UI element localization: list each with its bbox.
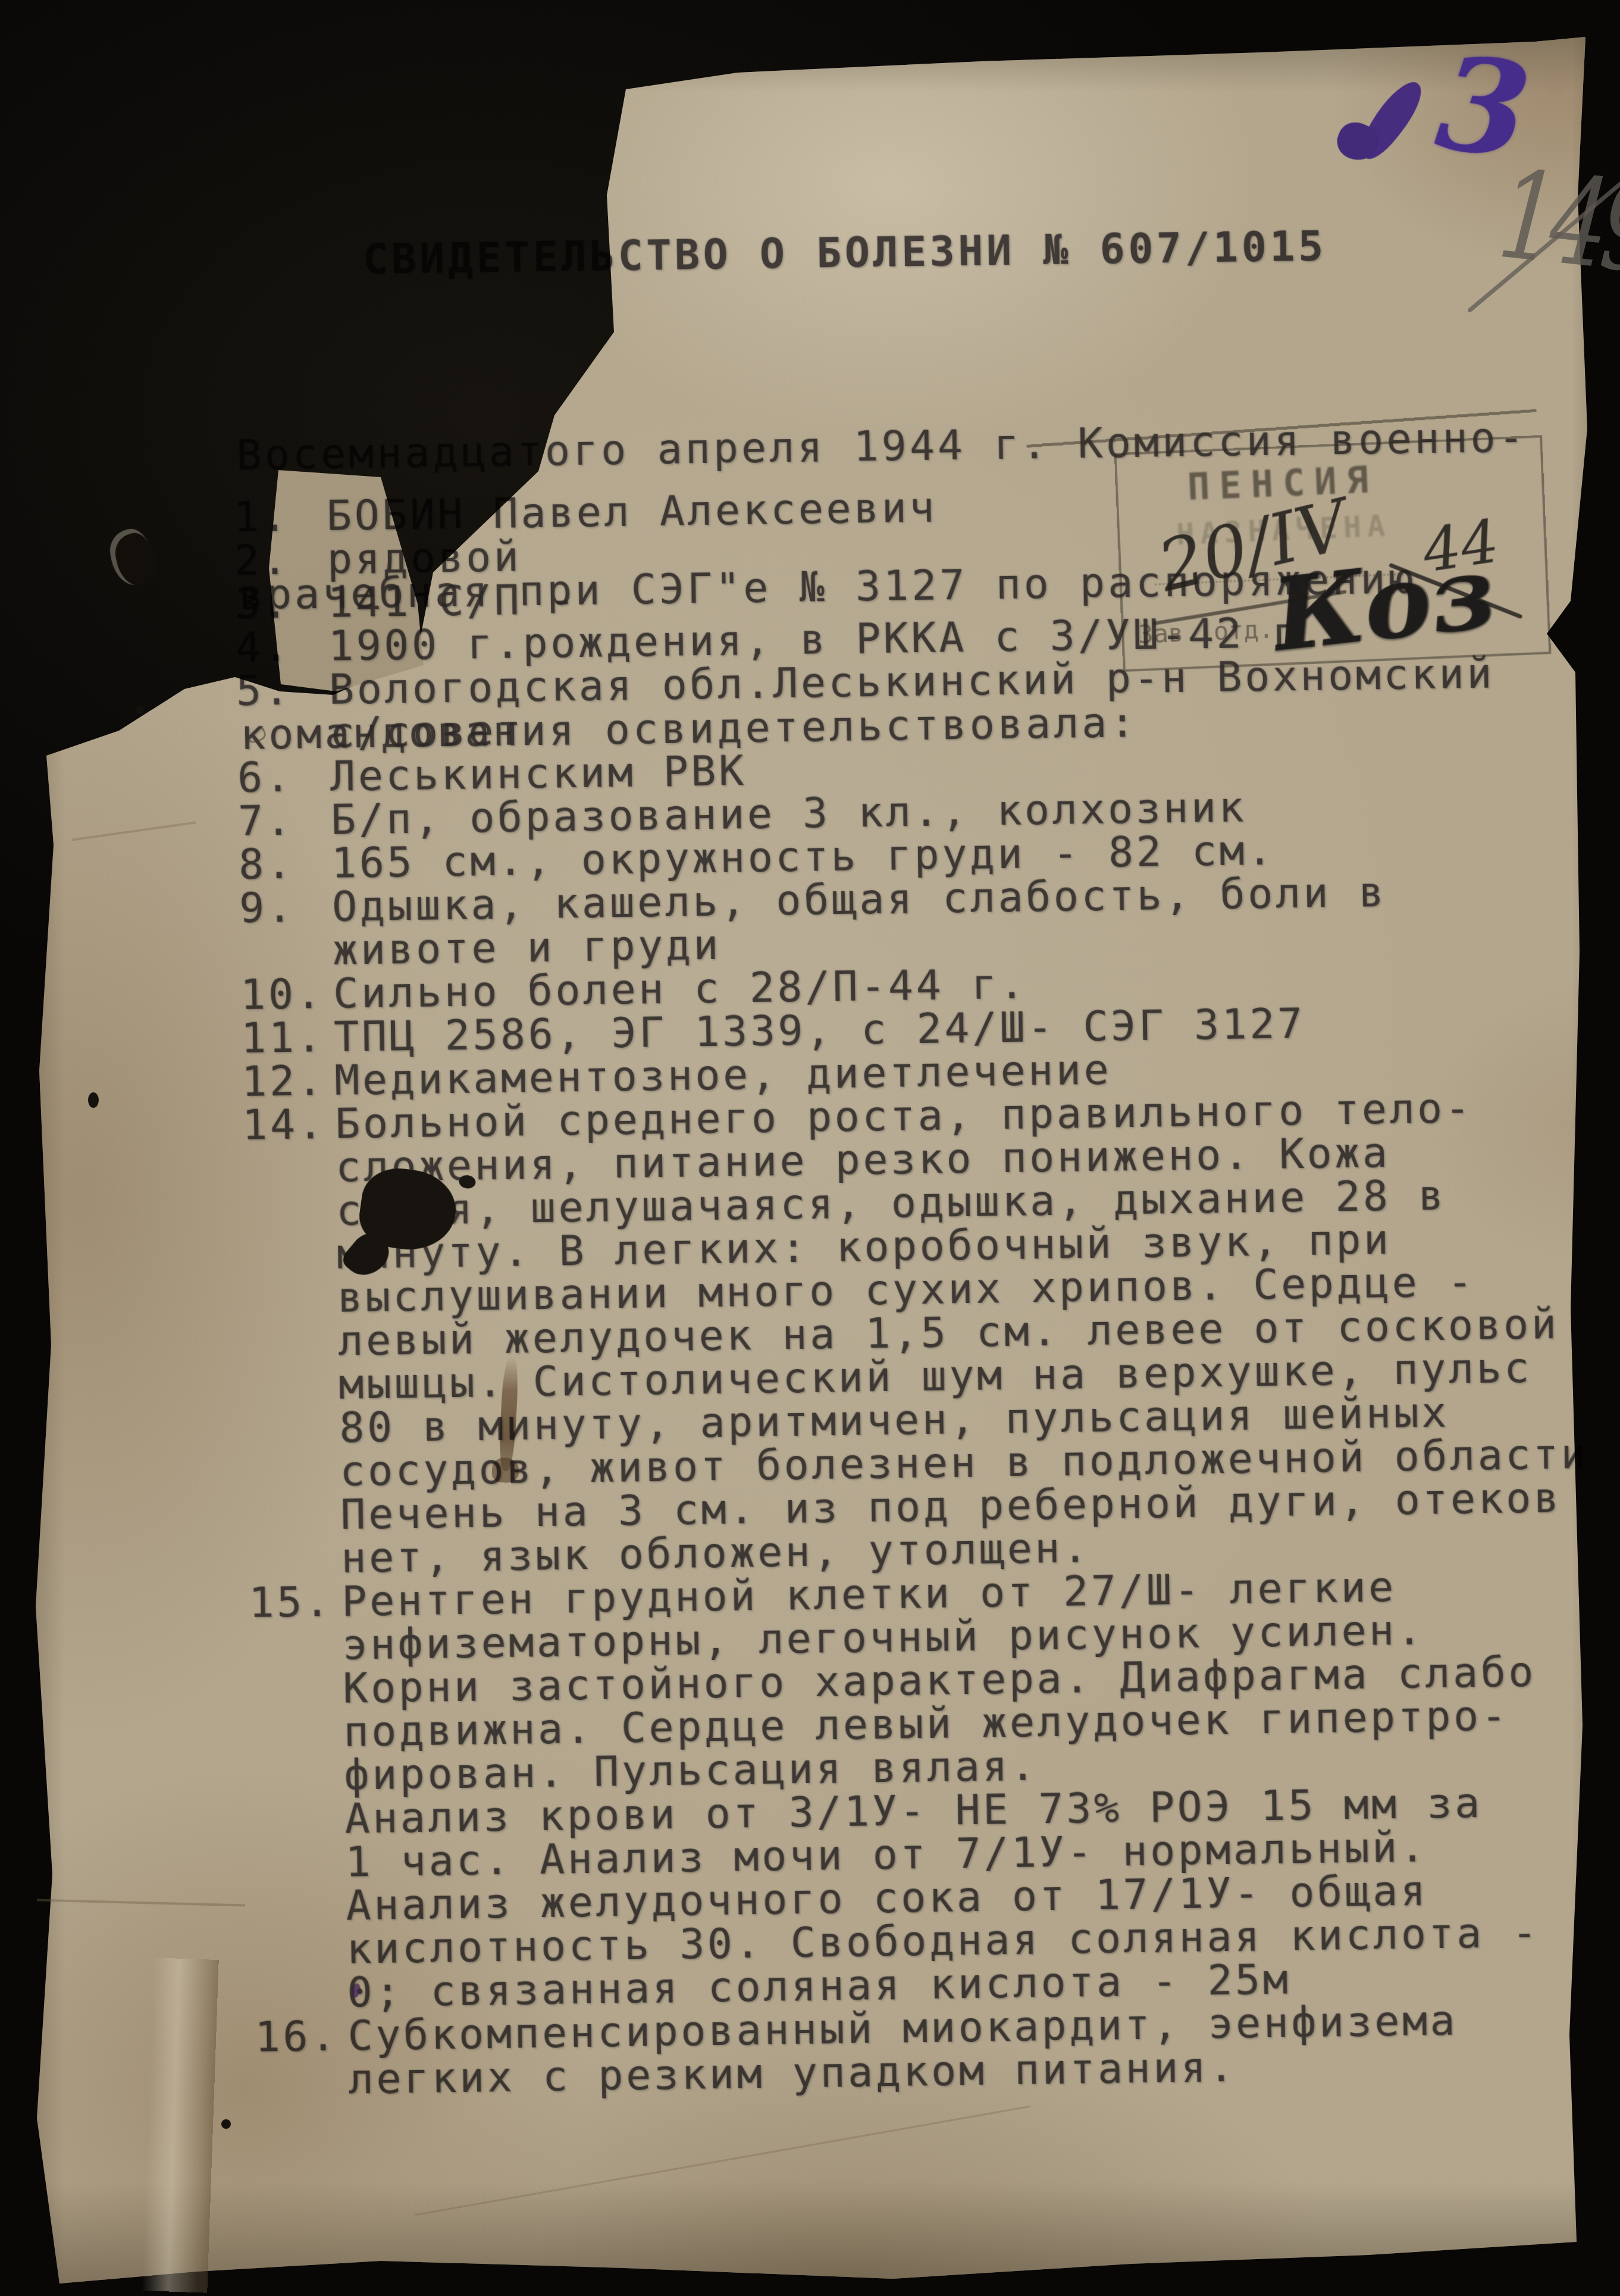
item-number: 3. <box>234 579 290 628</box>
item-number: 1. <box>233 492 289 541</box>
list-row: подвижна. Сердце левый желудочек гипертр… <box>250 1709 251 1752</box>
pension-stamp: ПЕНСИЯ НАЗНАЧЕНА 20/IV 44 Коз Зав. отд. <box>1114 435 1552 672</box>
item-number: 5. <box>236 666 292 715</box>
item-number: 12. <box>242 1056 325 1106</box>
list-row: сухая, шелушачаяся, одышка, дыхание 28 в <box>243 1188 244 1231</box>
list-row: сложения, питание резко понижено. Кожа <box>243 1144 243 1188</box>
stamp-caption: Зав. отд. <box>1138 615 1274 649</box>
list-row: 3.141 С/П - <box>234 580 235 623</box>
tear-crease-strip <box>142 1957 218 2292</box>
paper-speck <box>221 2119 231 2129</box>
list-row: энфизематорны, легочный рисунок усилен. <box>249 1622 250 1665</box>
item-number: 9. <box>239 883 295 932</box>
list-row: животе и груди <box>240 927 240 970</box>
list-row: 0; связанная соляная кислота - 25м <box>254 1969 255 2013</box>
item-number: 7. <box>238 796 294 845</box>
list-row: выслушивании много сухих хрипов. Сердце … <box>245 1274 245 1318</box>
paper-speck <box>88 1092 99 1108</box>
item-number: 8. <box>239 840 294 889</box>
list-row: 1.БОБИН Павел Алексеевич <box>233 493 234 536</box>
list-row: Анализ желудочного сока от 17/1У- общая <box>253 1882 253 1926</box>
list-row: 6.Леськинским РВК <box>237 753 238 797</box>
list-row: 1 час. Анализ мочи от 7/1У- нормальный. <box>252 1839 253 1882</box>
list-row: 80 в минуту, аритмичен, пульсация шейных <box>246 1405 247 1448</box>
list-row: 4.1900 г.рождения, в РККА с 3/УШ-42 г. <box>235 623 236 666</box>
list-row: 14.Больной среднего роста, правильного т… <box>242 1101 243 1144</box>
item-number: 10. <box>240 969 324 1019</box>
item-number: 2. <box>234 535 290 585</box>
document-scan: СВИДЕТЕЛЬСТВО О БОЛЕЗНИ № 607/1015 Восем… <box>0 0 1620 2296</box>
list-row: легких с резким упадком питания. <box>255 2056 256 2100</box>
list-row: 2.рядовой <box>234 536 234 580</box>
list-row: с/совет <box>236 710 237 753</box>
list-row: Печень на 3 см. из под реберной дуги, от… <box>247 1492 248 1535</box>
typed-content-layer: СВИДЕТЕЛЬСТВО О БОЛЕЗНИ № 607/1015 Восем… <box>0 0 1620 2296</box>
item-number: 4. <box>235 622 291 672</box>
list-row: 16.Субкомпенсированный миокардит, эенфиз… <box>255 2013 255 2056</box>
list-row: Корни застойного характера. Диафрагма сл… <box>250 1665 250 1709</box>
list-row: 12.Медикаментозное, диетлечение <box>242 1057 242 1101</box>
list-row: минуту. В легких: коробочный звук, при <box>244 1231 245 1274</box>
item-number: 15. <box>249 1577 333 1627</box>
list-row: левый желудочек на 1,5 см. левее от соск… <box>245 1318 246 1361</box>
list-row: 8.165 см., окружность груди - 82 см. <box>239 840 239 884</box>
list-row: 10.Сильно болен с 28/П-44 г. <box>240 970 241 1014</box>
list-row: Анализ крови от 3/1У- НЕ 73% РОЭ 15 мм з… <box>252 1796 252 1839</box>
certificate-title: СВИДЕТЕЛЬСТВО О БОЛЕЗНИ № 607/1015 <box>362 221 1327 284</box>
list-row: 7.Б/п, образование 3 кл., колхозник <box>238 797 239 840</box>
item-number: 14. <box>242 1100 326 1149</box>
item-text: БОБИН Павел Алексеевич <box>326 483 937 540</box>
list-row: сосудов, живот болезнен в подложечной об… <box>247 1448 247 1492</box>
list-row: 9.Одышка, кашель, общая слабость, боли в <box>239 884 240 927</box>
list-row: 15.Рентген грудной клетки от 27/Ш- легки… <box>249 1578 249 1622</box>
list-row: 5.Вологодская обл.Леськинский р-н Вохном… <box>236 666 236 710</box>
list-row: фирован. Пульсация вялая. <box>251 1752 252 1796</box>
list-row: нет, язык обложен, утолщен. <box>248 1535 249 1578</box>
list-row: мышцы. Систолический шум на верхушке, пу… <box>246 1361 246 1405</box>
paper-speck <box>136 706 144 714</box>
item-number: 6. <box>237 753 293 802</box>
item-number: 16. <box>255 2012 339 2062</box>
list-row: кислотность 30. Свободная соляная кислот… <box>253 1926 254 1969</box>
stamp-signature: Коз <box>1267 533 1500 674</box>
list-row: 11.ТПЦ 2586, ЭГ 1339, с 24/Ш- СЭГ 3127 <box>241 1014 242 1057</box>
item-number: 11. <box>241 1013 325 1063</box>
